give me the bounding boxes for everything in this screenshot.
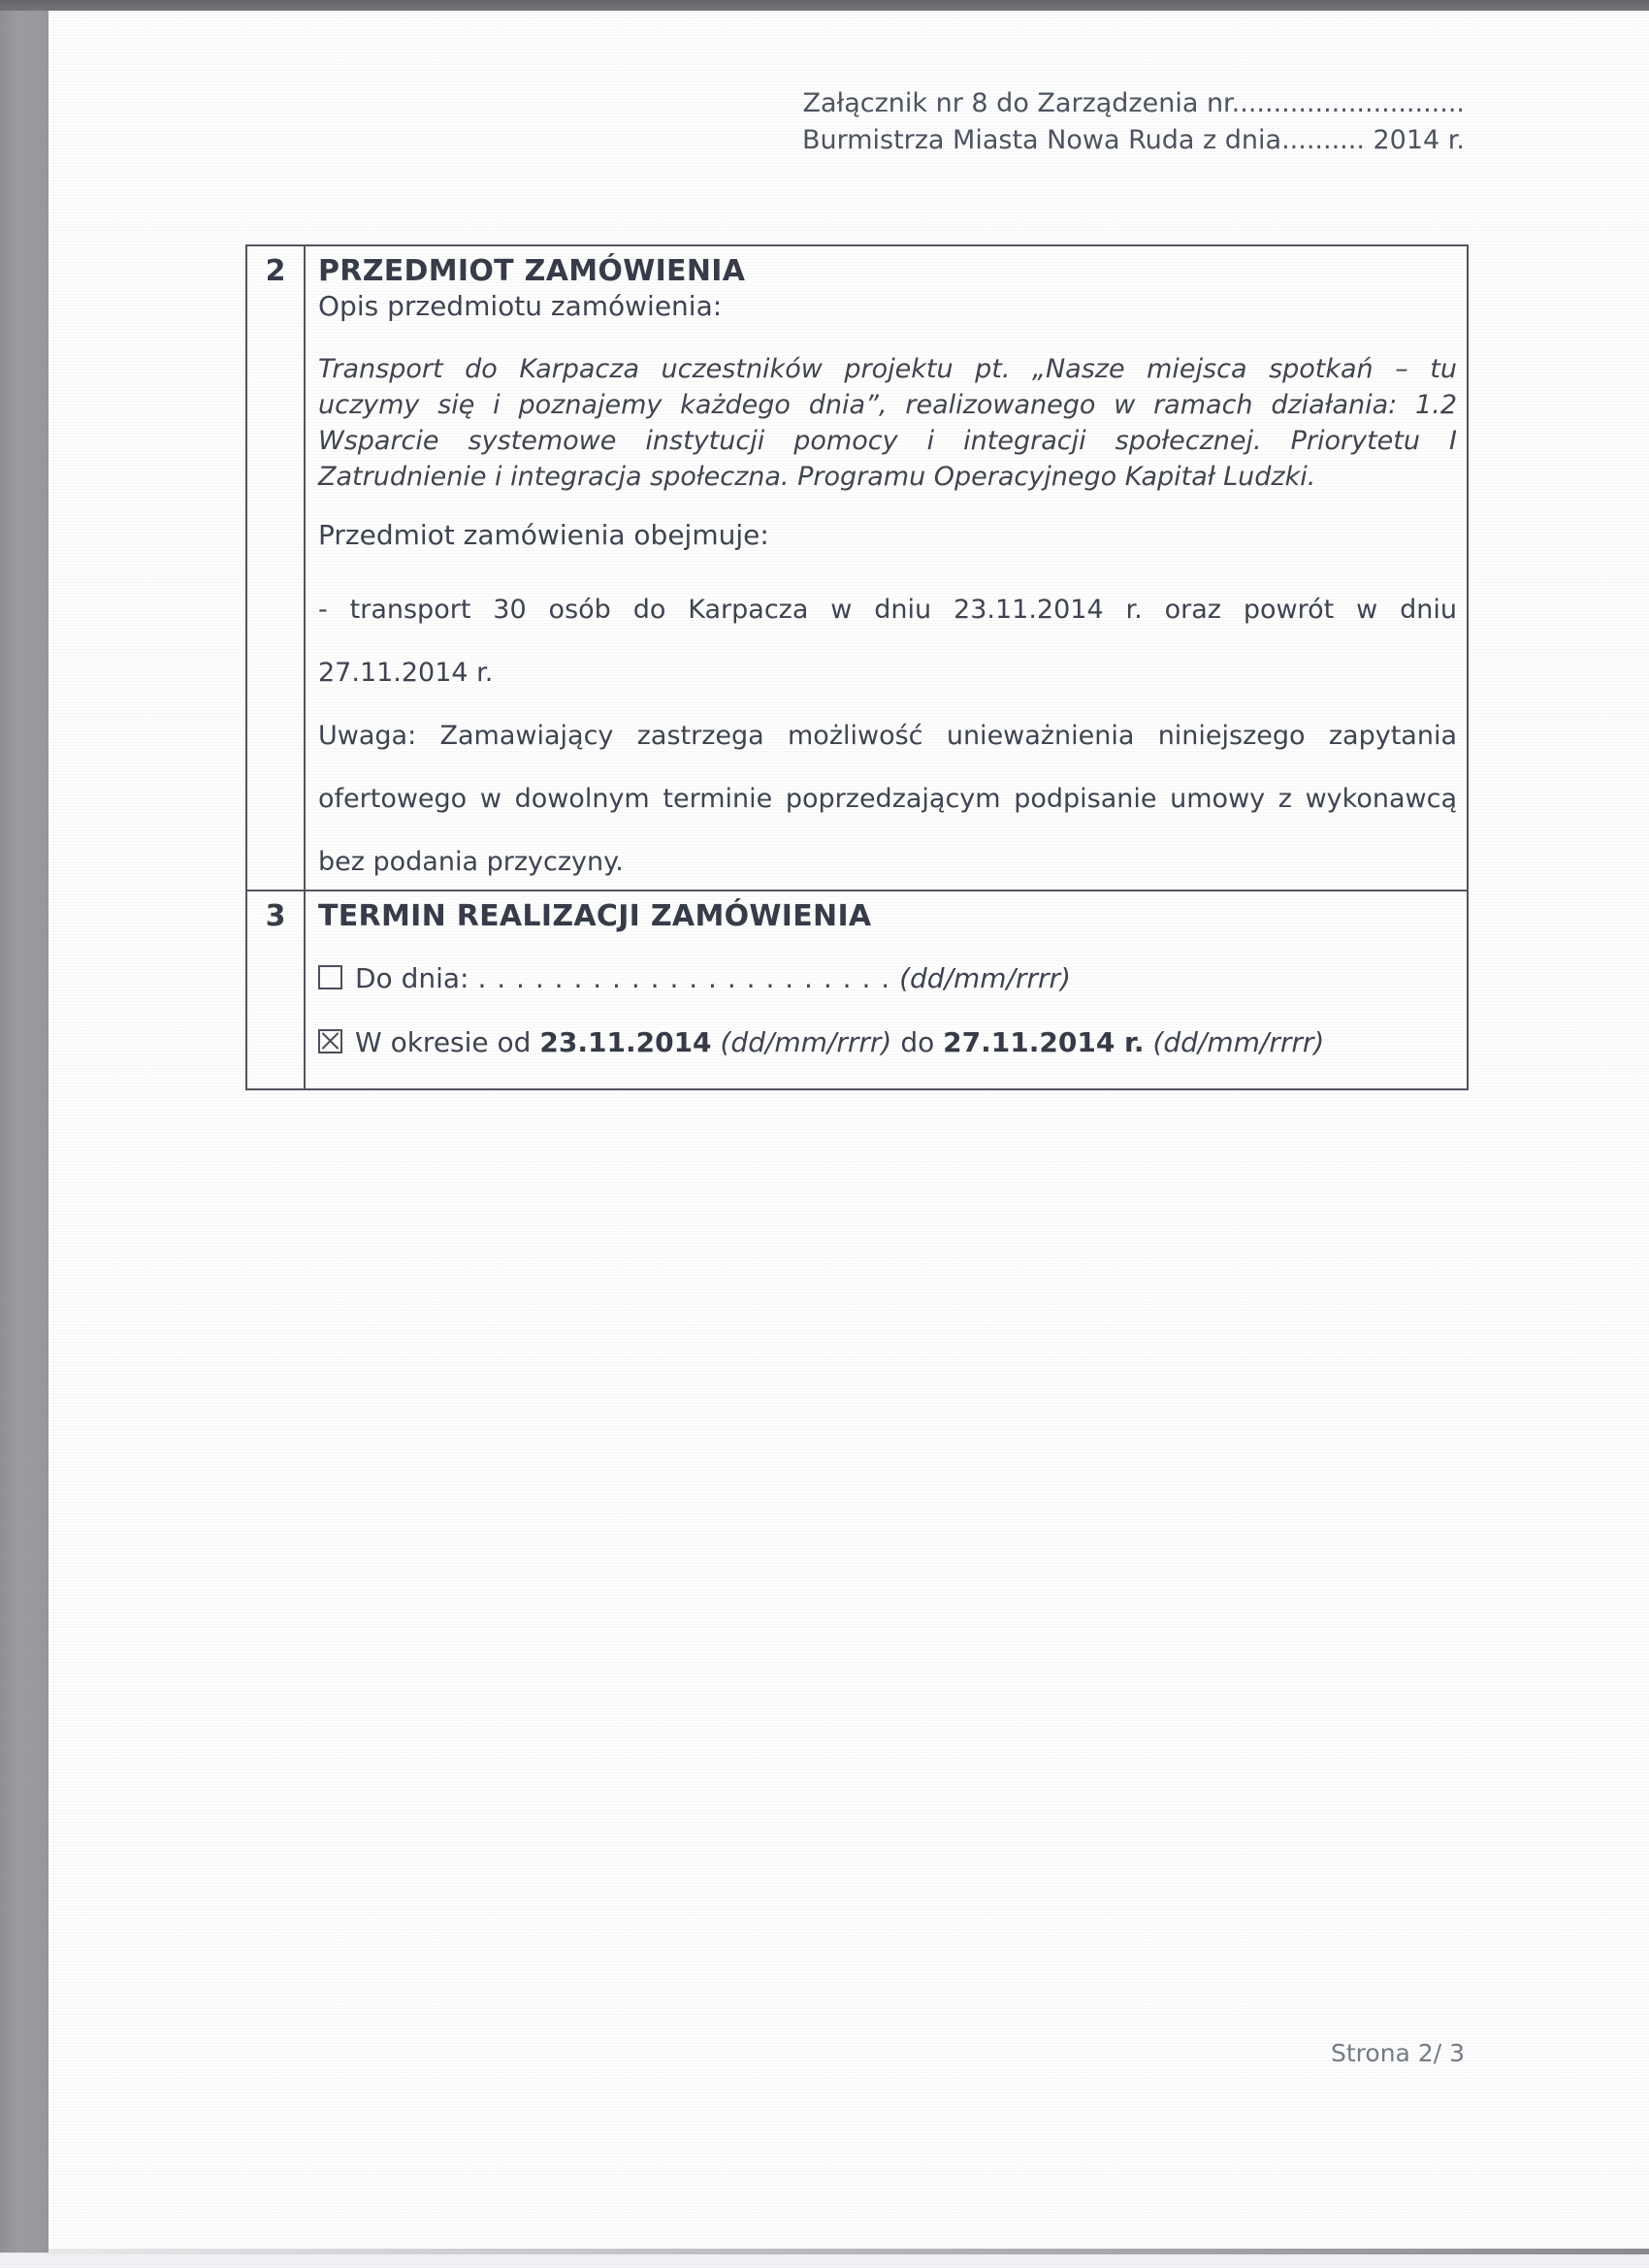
section-2-number: 2 — [247, 246, 306, 890]
period-option-row: W okresie od23.11.2014(dd/mm/rrrr)do27.1… — [318, 1023, 1457, 1062]
paragraph-line: uczymy się i poznajemy każdego dnia”, re… — [318, 387, 1457, 423]
paragraph-line: Wsparcie systemowe instytucji pomocy i i… — [318, 423, 1457, 459]
table-row-section-3: 3 TERMIN REALIZACJI ZAMÓWIENIA Do dnia:.… — [247, 890, 1467, 1088]
document-header: Załącznik nr 8 do Zarządzenia nr........… — [802, 85, 1465, 159]
scan-left-edge — [0, 11, 48, 2252]
paragraph-line: Zatrudnienie i integracja społeczna. Pro… — [318, 459, 1457, 495]
deadline-date-format: (dd/mm/rrrr) — [899, 962, 1071, 994]
scan-bottom-strip — [0, 2254, 1649, 2268]
paragraph-line: - transport 30 osób do Karpacza w dniu 2… — [318, 578, 1457, 641]
section-2-subtitle: Opis przedmiotu zamówienia: — [318, 289, 1457, 324]
period-start-date: 23.11.2014 — [539, 1026, 711, 1058]
period-mid-label: do — [900, 1026, 934, 1058]
period-start-format: (dd/mm/rrrr) — [721, 1026, 892, 1058]
section-3-number: 3 — [247, 891, 306, 1088]
paragraph-line: 27.11.2014 r. — [318, 641, 1457, 704]
paragraph-line: bez podania przyczyny. — [318, 830, 1457, 890]
notice-paragraph: Uwaga: Zamawiający zastrzega możliwość u… — [318, 704, 1457, 890]
period-prefix: W okresie od — [355, 1026, 531, 1058]
deadline-checkbox-unchecked[interactable] — [318, 965, 342, 989]
section-3-content: TERMIN REALIZACJI ZAMÓWIENIA Do dnia:. .… — [306, 891, 1467, 1088]
deadline-option-row: Do dnia:. . . . . . . . . . . . . . . . … — [318, 959, 1457, 998]
page-number: Strona 2/ 3 — [1331, 2039, 1465, 2067]
deadline-dotted-line: . . . . . . . . . . . . . . . . . . . . … — [477, 962, 890, 994]
paragraph-line: Uwaga: Zamawiający zastrzega możliwość u… — [318, 704, 1457, 767]
section-3-title: TERMIN REALIZACJI ZAMÓWIENIA — [318, 899, 1457, 934]
project-description-paragraph: Transport do Karpacza uczestników projek… — [318, 351, 1457, 495]
paragraph-line: Transport do Karpacza uczestników projek… — [318, 351, 1457, 387]
table-row-section-2: 2 PRZEDMIOT ZAMÓWIENIA Opis przedmiotu z… — [247, 246, 1467, 890]
scope-intro-line: Przedmiot zamówienia obejmuje: — [318, 518, 1457, 553]
section-2-title: PRZEDMIOT ZAMÓWIENIA — [318, 254, 1457, 289]
period-checkbox-checked[interactable] — [318, 1029, 342, 1053]
paragraph-line: ofertowego w dowolnym terminie poprzedza… — [318, 767, 1457, 830]
deadline-label: Do dnia: — [355, 962, 469, 994]
scan-top-edge — [0, 0, 1649, 11]
transport-paragraph: - transport 30 osób do Karpacza w dniu 2… — [318, 578, 1457, 704]
period-end-format: (dd/mm/rrrr) — [1152, 1026, 1324, 1058]
period-end-date: 27.11.2014 r. — [943, 1026, 1144, 1058]
header-line-mayor: Burmistrza Miasta Nowa Ruda z dnia......… — [802, 122, 1465, 159]
document-table: 2 PRZEDMIOT ZAMÓWIENIA Opis przedmiotu z… — [245, 244, 1469, 1090]
section-2-content: PRZEDMIOT ZAMÓWIENIA Opis przedmiotu zam… — [306, 246, 1467, 890]
header-line-attachment: Załącznik nr 8 do Zarządzenia nr........… — [802, 85, 1465, 122]
